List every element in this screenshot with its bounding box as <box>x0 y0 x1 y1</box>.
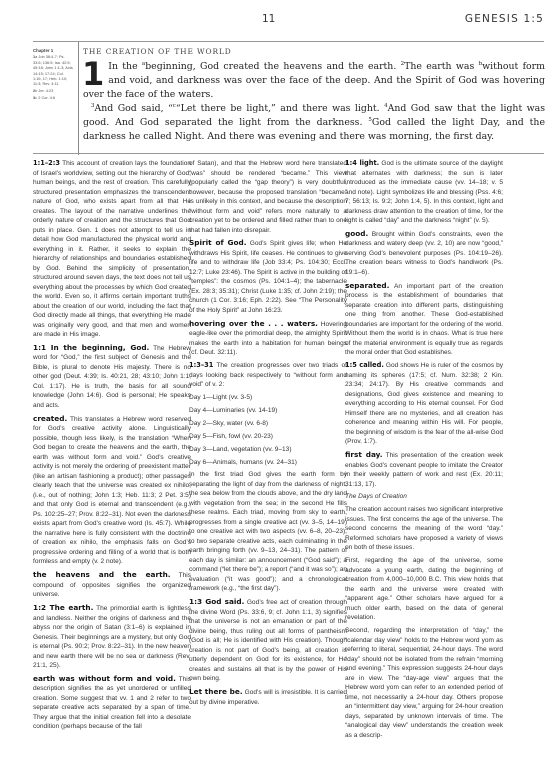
page-number: 11 <box>262 13 275 25</box>
note-lemma: 1:1–2:3 <box>33 159 60 167</box>
note-lemma: first day. <box>345 450 383 459</box>
commentary-note: earth was without form and void. This de… <box>33 674 191 732</box>
commentary-paragraph: In the first triad God gives the earth f… <box>189 470 347 594</box>
running-head: GENESIS 1:5 <box>465 13 544 25</box>
commentary-note-continuation: of Satan), and that the Hebrew word here… <box>189 159 347 235</box>
commentary-column-2: of Satan), and that the Hebrew word here… <box>189 159 347 711</box>
verse-paragraph-2: 3And God said, “c“Let there be light,” a… <box>83 102 545 144</box>
note-lemma: 1:3–31 <box>189 361 213 369</box>
note-lemma: hovering over the . . . waters. <box>189 319 318 328</box>
commentary-column-1: 1:1–2:3 This account of creation lays th… <box>33 159 191 735</box>
scripture-text: THE CREATION OF THE WORLD 1In the abegin… <box>83 47 545 145</box>
commentary-note: created. This translates a Hebrew word r… <box>33 414 191 567</box>
note-lemma: 1:4 light. <box>345 159 379 167</box>
day-list-item: Day 4—Luminaries (vv. 14-19) <box>189 406 347 416</box>
chapter-number: 1 <box>82 61 104 87</box>
note-lemma: Spirit of God. <box>189 238 247 247</box>
commentary-note: the heavens and the earth. This compound… <box>33 570 191 600</box>
day-list-item: Day 3—Land, vegetation (vv. 9–13) <box>189 445 347 455</box>
commentary-note: 1:3 God said. God’s free act of creation… <box>189 597 347 684</box>
commentary-note: 1:3–31 The creation progresses over two … <box>189 361 347 390</box>
verse-paragraph-1: 1In the abeginning, God created the heav… <box>83 60 545 102</box>
commentary-note: good. Brought within God’s constraints, … <box>345 229 503 278</box>
day-list-item: Day 6—Animals, humans (vv. 24–31) <box>189 458 347 468</box>
commentary-column-3: 1:4 light. God is the ultimate source of… <box>345 159 503 744</box>
day-list-item: Day 5—Fish, fowl (vv. 20-23) <box>189 432 347 442</box>
note-lemma: earth was without form and void. <box>33 674 176 683</box>
top-rule <box>33 41 544 42</box>
day-list-item: Day 2—Sky, water (vv. 6-8) <box>189 419 347 429</box>
note-lemma: Let there be. <box>189 687 243 696</box>
day-list-item: Day 1—Light (vv. 3-5) <box>189 393 347 403</box>
commentary-note: Spirit of God. God’s Spirit gives life; … <box>189 238 347 315</box>
note-lemma: 1:2 The earth. <box>33 603 93 612</box>
note-lemma: 1:5 called. <box>345 361 384 369</box>
scripture-commentary-divider <box>33 153 544 154</box>
note-lemma: 1:1 In the beginning, God. <box>33 343 149 352</box>
commentary-note: first day. This presentation of the crea… <box>345 450 503 489</box>
cross-ref-chapter-label: Chapter 1 <box>33 48 73 53</box>
commentary-note: 1:2 The earth. The primordial earth is l… <box>33 603 191 671</box>
note-lemma: the heavens and the earth. <box>33 570 171 579</box>
cross-ref-item: 3c 2 Cor. 4:6 <box>33 95 73 100</box>
note-lemma: separated. <box>345 281 389 290</box>
note-lemma: created. <box>33 414 67 423</box>
commentary-note: 1:5 called. God shows He is ruler of the… <box>345 361 503 447</box>
commentary-note: 1:1–2:3 This account of creation lays th… <box>33 159 191 340</box>
article-paragraph: Second, regarding the interpretation of … <box>345 626 503 740</box>
commentary-note: 1:1 In the beginning, God. The Hebrew wo… <box>33 343 191 411</box>
cross-ref-item: 1a Job 38:4-7; Ps. 33:6; 136:5; Isa. 42:… <box>33 54 73 86</box>
note-lemma: 1:3 God said. <box>189 597 244 606</box>
section-heading: THE CREATION OF THE WORLD <box>83 47 545 56</box>
article-paragraph: The creation account raises two signific… <box>345 505 503 553</box>
commentary-note: Let there be. God’s will is irresistible… <box>189 687 347 707</box>
note-lemma: good. <box>345 229 368 238</box>
page-header: 11 GENESIS 1:5 <box>0 0 554 30</box>
column-divider <box>78 42 79 155</box>
cross-references: Chapter 1 1a Job 38:4-7; Ps. 33:6; 136:5… <box>33 48 73 102</box>
commentary-note: 1:4 light. God is the ultimate source of… <box>345 159 503 226</box>
article-paragraph: First, regarding the age of the universe… <box>345 556 503 623</box>
commentary-note: separated. An important part of the crea… <box>345 281 503 358</box>
commentary-note: hovering over the . . . waters. Hovering… <box>189 319 347 358</box>
cross-ref-item: 2b Jer. 4:23 <box>33 88 73 93</box>
article-subheading: The Days of Creation <box>345 492 503 502</box>
